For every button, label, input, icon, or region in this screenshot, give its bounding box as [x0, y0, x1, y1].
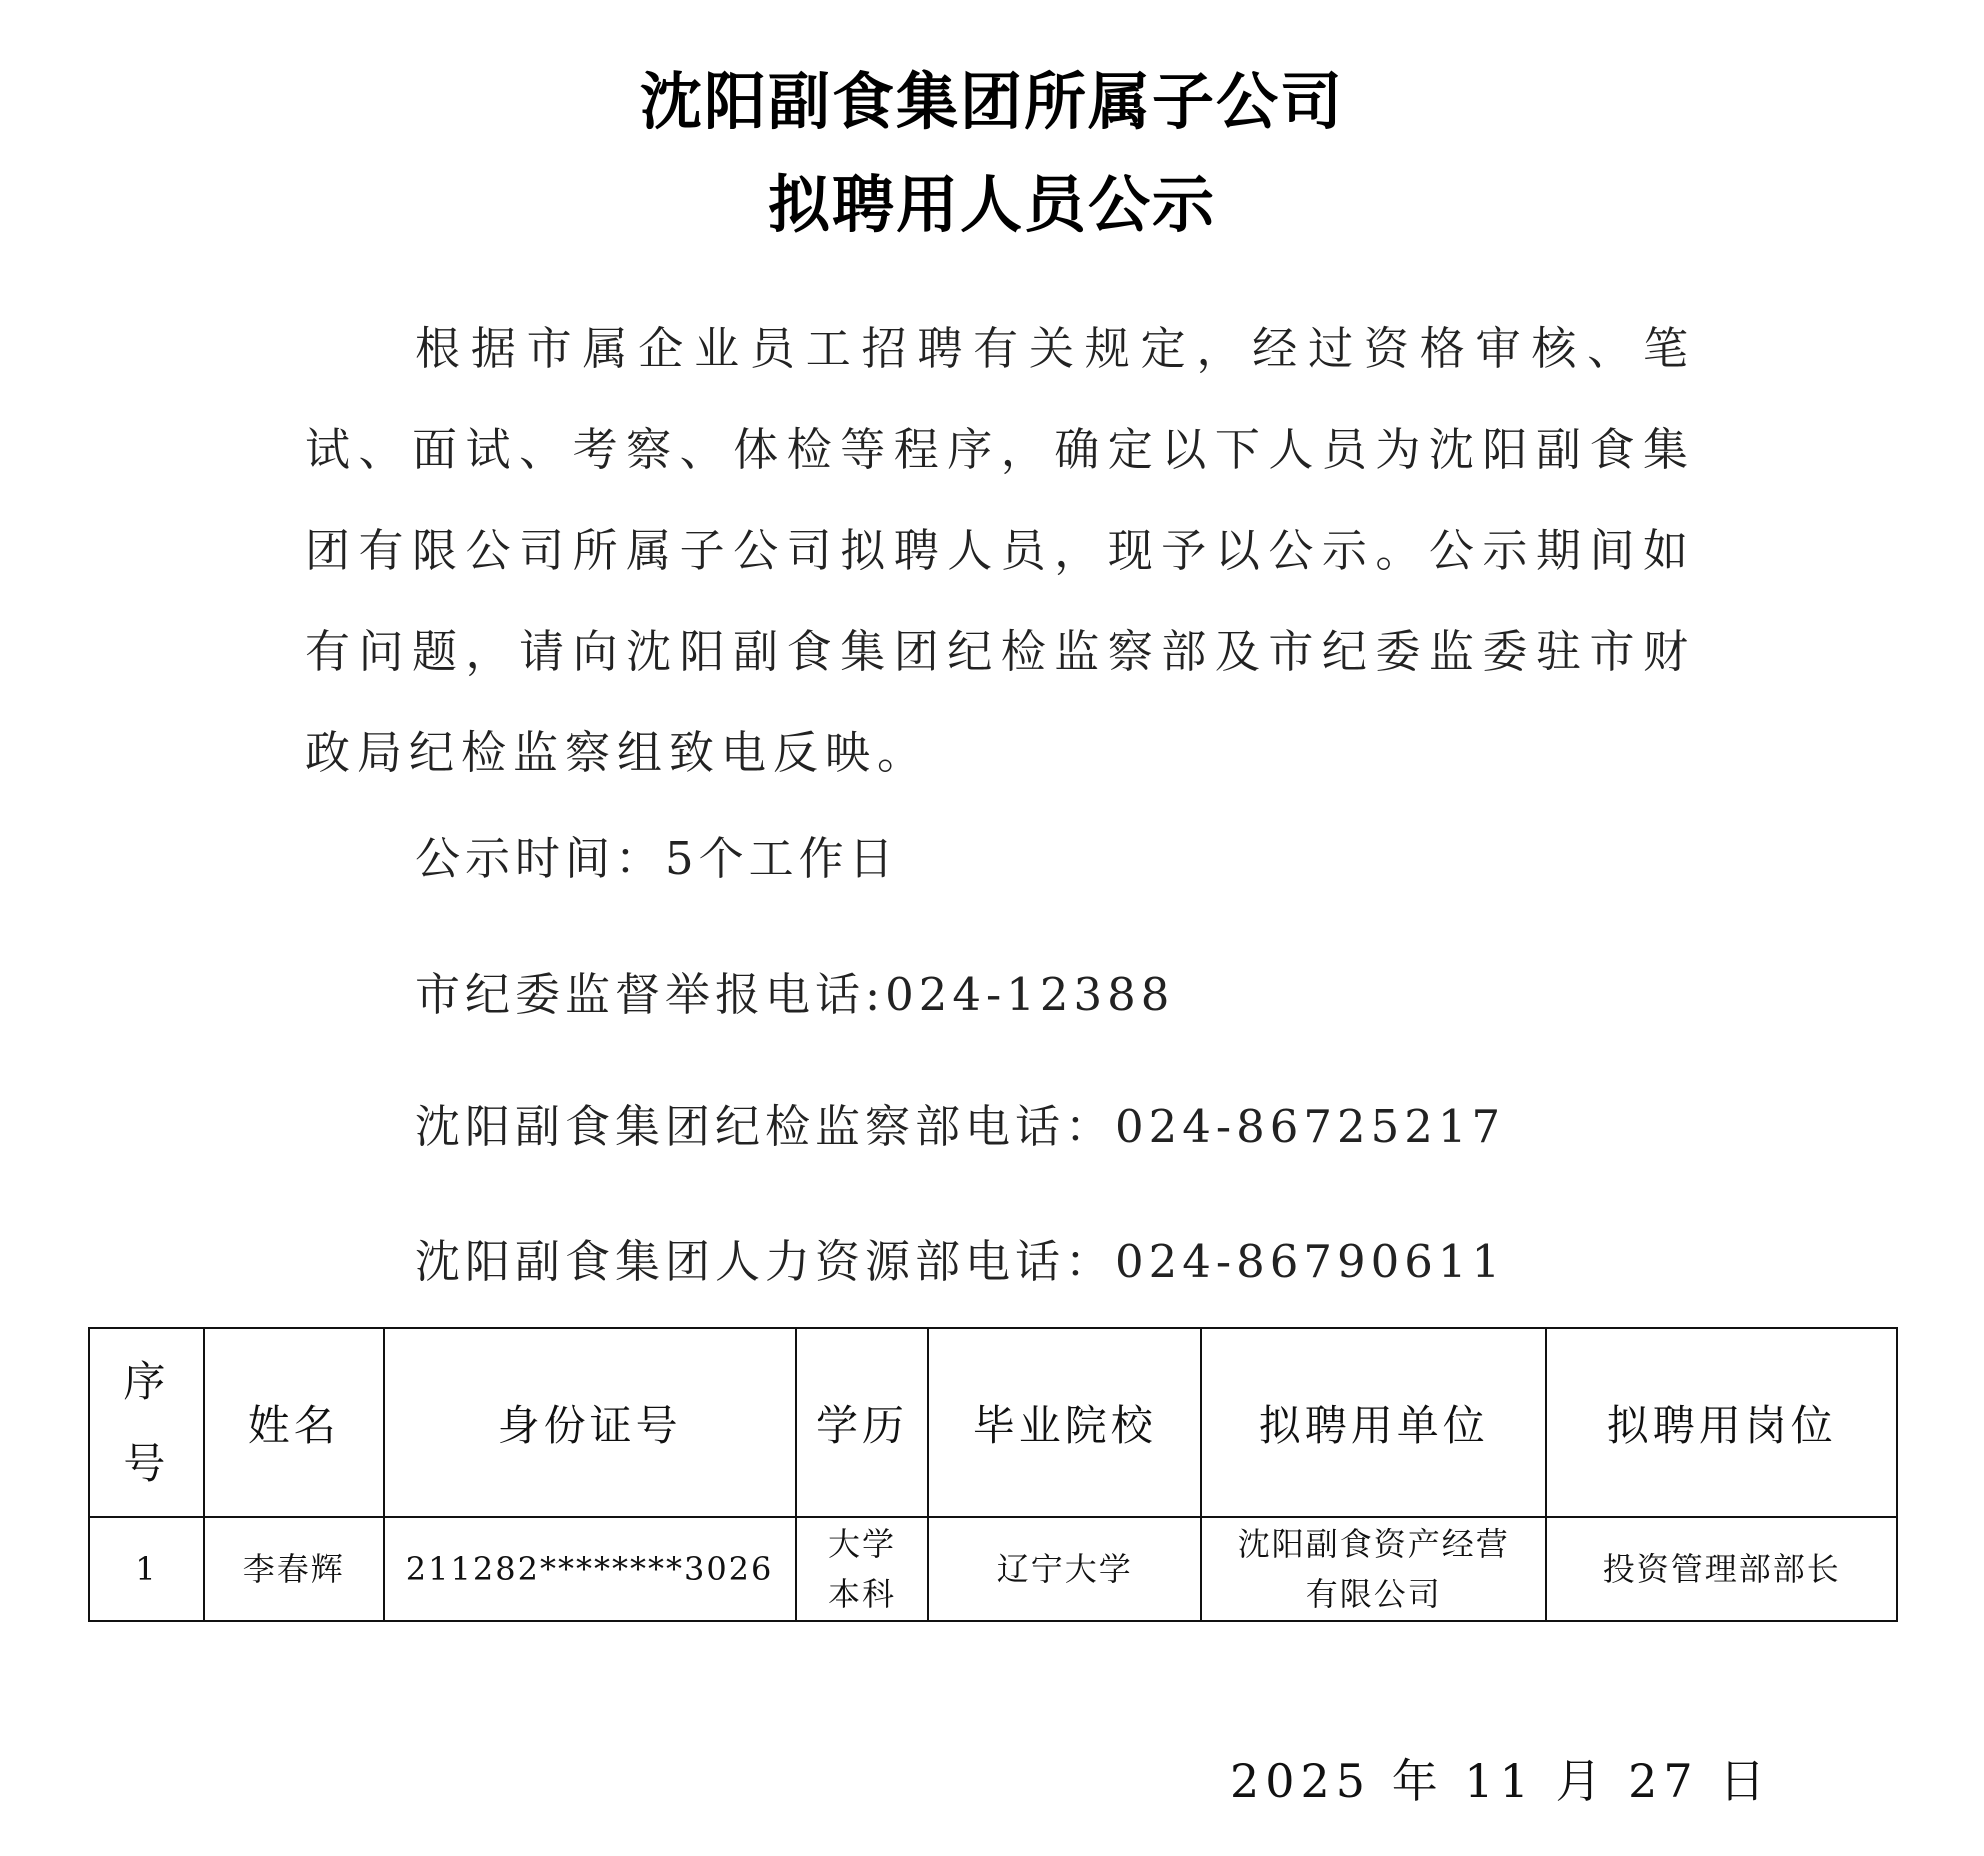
- header-unit: 拟聘用单位: [1201, 1328, 1546, 1517]
- publish-date: 2025 年 11 月 27 日: [1230, 1745, 1771, 1811]
- cell-seq: 1: [89, 1517, 204, 1621]
- cell-name: 李春辉: [204, 1517, 384, 1621]
- header-seq-bottom: 号: [90, 1423, 203, 1505]
- announcement-paragraph: 根据市属企业员工招聘有关规定，经过资格审核、笔试、面试、考察、体检等程序，确定以…: [305, 298, 1695, 803]
- header-name: 姓名: [204, 1328, 384, 1517]
- discipline-dept-phone: 沈阳副食集团纪检监察部电话：024-86725217: [415, 1090, 1505, 1155]
- header-seq-top: 序: [90, 1341, 203, 1423]
- header-seq: 序 号: [89, 1328, 204, 1517]
- header-id-number: 身份证号: [384, 1328, 796, 1517]
- candidate-table: 序 号 姓名 身份证号 学历 毕业院校 拟聘用单位 拟聘用岗位 1 李春辉 21…: [88, 1327, 1898, 1622]
- cell-id-number: 211282********3026: [384, 1517, 796, 1621]
- header-school: 毕业院校: [928, 1328, 1201, 1517]
- hr-dept-phone: 沈阳副食集团人力资源部电话：024-86790611: [415, 1225, 1505, 1290]
- header-education: 学历: [796, 1328, 929, 1517]
- education-line2: 本科: [797, 1569, 928, 1619]
- table-header-row: 序 号 姓名 身份证号 学历 毕业院校 拟聘用单位 拟聘用岗位: [89, 1328, 1897, 1517]
- city-hotline: 市纪委监督举报电话:024-12388: [415, 958, 1174, 1023]
- document-title-line2: 拟聘用人员公示: [0, 155, 1984, 244]
- cell-position: 投资管理部部长: [1546, 1517, 1897, 1621]
- cell-school: 辽宁大学: [928, 1517, 1201, 1621]
- cell-unit: 沈阳副食资产经营 有限公司: [1201, 1517, 1546, 1621]
- education-line1: 大学: [797, 1519, 928, 1569]
- publicity-period: 公示时间：5个工作日: [415, 822, 899, 887]
- cell-education: 大学 本科: [796, 1517, 929, 1621]
- unit-line2: 有限公司: [1202, 1569, 1545, 1619]
- table-row: 1 李春辉 211282********3026 大学 本科 辽宁大学 沈阳副食…: [89, 1517, 1897, 1621]
- unit-line1: 沈阳副食资产经营: [1202, 1519, 1545, 1569]
- header-position: 拟聘用岗位: [1546, 1328, 1897, 1517]
- document-title-line1: 沈阳副食集团所属子公司: [0, 52, 1984, 141]
